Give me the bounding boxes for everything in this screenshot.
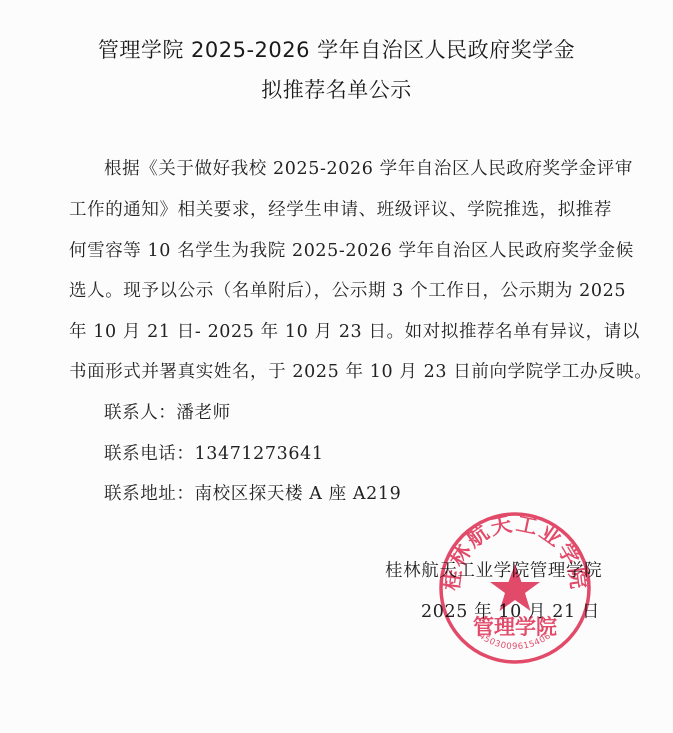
contact-person: 联系人：潘老师 [104,399,231,424]
body-line-6: 书面形式并署真实姓名，于 2025 年 10 月 23 日前向学院学工办反映。 [69,358,652,383]
body-line-4: 选人。现予以公示（名单附后），公示期 3 个工作日，公示期为 2025 [69,277,626,302]
contact-address: 联系地址：南校区探天楼 A 座 A219 [104,480,401,505]
official-seal-icon: 桂林航天工业学院 管理学院 4503009615406 [437,510,593,666]
document-page: 管理学院 2025-2026 学年自治区人民政府奖学金 拟推荐名单公示 根据《关… [0,0,673,733]
body-line-1: 根据《关于做好我校 2025-2026 学年自治区人民政府奖学金评审 [104,155,633,180]
body-line-5: 年 10 月 21 日- 2025 年 10 月 23 日。如对拟推荐名单有异议… [69,318,640,343]
document-title-line1: 管理学院 2025-2026 学年自治区人民政府奖学金 [0,34,673,64]
document-title-line2: 拟推荐名单公示 [0,74,673,104]
body-line-2: 工作的通知》相关要求，经学生申请、班级评议、学院推选，拟推荐 [69,196,612,221]
contact-phone: 联系电话：13471273641 [104,440,324,465]
body-line-3: 何雪容等 10 名学生为我院 2025-2026 学年自治区人民政府奖学金候 [69,237,634,262]
